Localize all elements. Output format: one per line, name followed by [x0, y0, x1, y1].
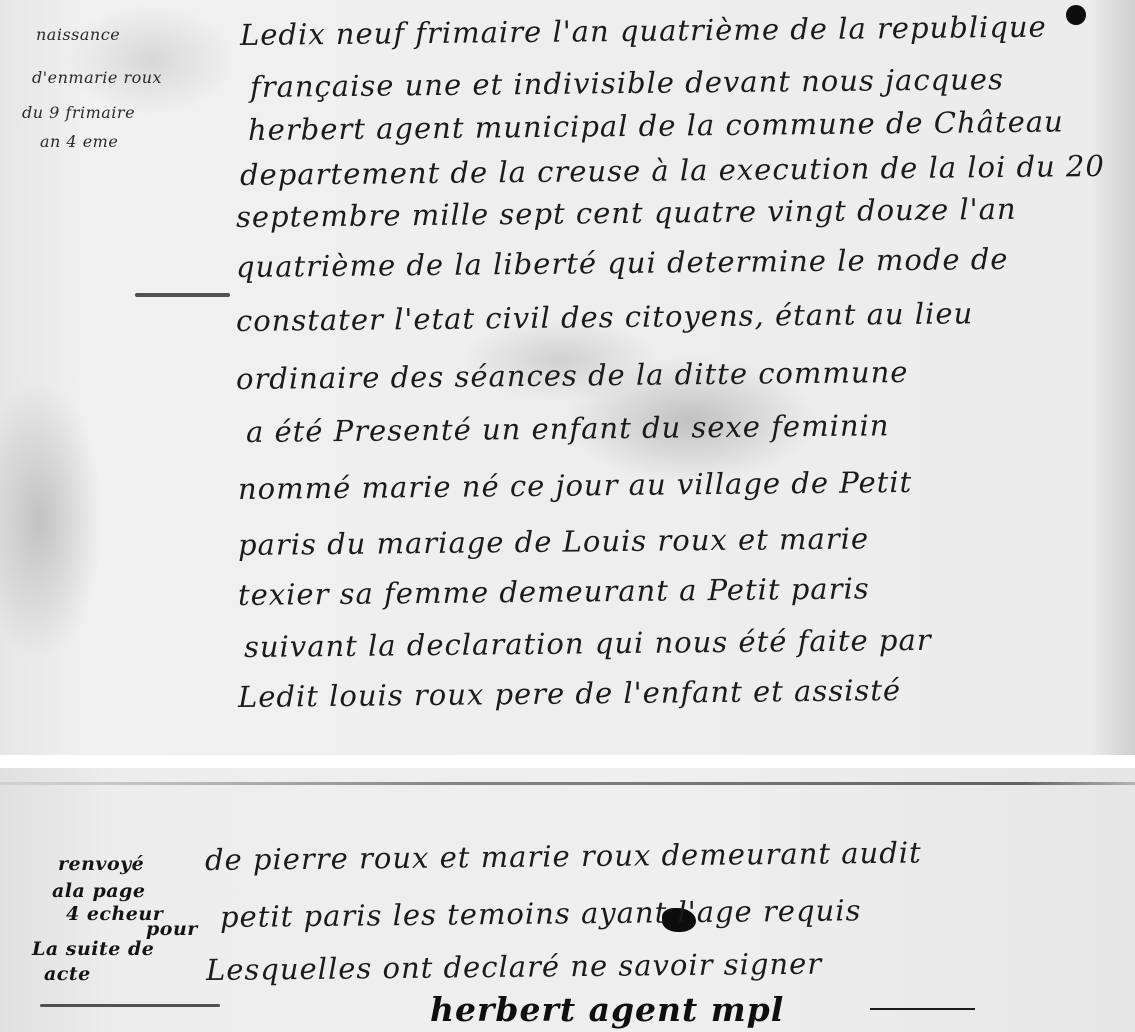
margin-note-suite: La suite de	[32, 938, 154, 960]
record-line-14: Ledit louis roux pere de l'enfant et ass…	[238, 673, 901, 714]
agent-signature: herbert agent mpl	[430, 990, 784, 1029]
record-line-16: petit paris les temoins ayant l'age requ…	[220, 893, 862, 934]
record-line-9: a été Presenté un enfant du sexe feminin	[246, 408, 890, 449]
record-line-15: de pierre roux et marie roux demeurant a…	[205, 835, 922, 877]
margin-note-renvoye: renvoyé	[58, 853, 144, 875]
page-edge	[0, 782, 1135, 785]
ink-blot	[1066, 5, 1086, 25]
margin-note-page: ala page	[52, 880, 145, 902]
margin-note-year: an 4 eme	[40, 132, 118, 151]
record-line-11: paris du mariage de Louis roux et marie	[238, 521, 869, 562]
record-line-3: herbert agent municipal de la commune de…	[248, 104, 1064, 147]
record-line-6: quatrième de la liberté qui determine le…	[236, 242, 1009, 284]
record-line-4: departement de la creuse à la execution …	[240, 149, 1105, 192]
record-line-17: Lesquelles ont declaré ne savoir signer	[206, 947, 822, 987]
record-line-13: suivant la declaration qui nous été fait…	[244, 623, 932, 664]
document-page-bottom: renvoyé ala page 4 echeur pour La suite …	[0, 768, 1135, 1032]
margin-note-naissance: naissance	[36, 25, 120, 44]
record-line-1: Ledix neuf frimaire l'an quatrième de la…	[240, 10, 1047, 52]
record-line-2: française une et indivisible devant nous…	[250, 62, 1004, 104]
record-line-12: texier sa femme demeurant a Petit paris	[238, 571, 870, 612]
record-line-10: nommé marie né ce jour au village de Pet…	[238, 465, 913, 506]
margin-dash	[135, 293, 230, 297]
margin-note-acte: acte	[44, 963, 91, 985]
record-line-5: septembre mille sept cent quatre vingt d…	[236, 192, 1017, 234]
margin-note-date: du 9 frimaire	[22, 103, 135, 122]
signature-underline	[870, 1008, 975, 1010]
record-line-8: ordinaire des séances de la ditte commun…	[236, 355, 909, 396]
margin-note-name: d'enmarie roux	[32, 68, 162, 87]
document-page-top: naissance d'enmarie roux du 9 frimaire a…	[0, 0, 1135, 755]
margin-note-pour: pour	[146, 918, 198, 940]
record-line-7: constater l'etat civil des citoyens, éta…	[236, 296, 974, 338]
margin-dash	[40, 1004, 220, 1007]
